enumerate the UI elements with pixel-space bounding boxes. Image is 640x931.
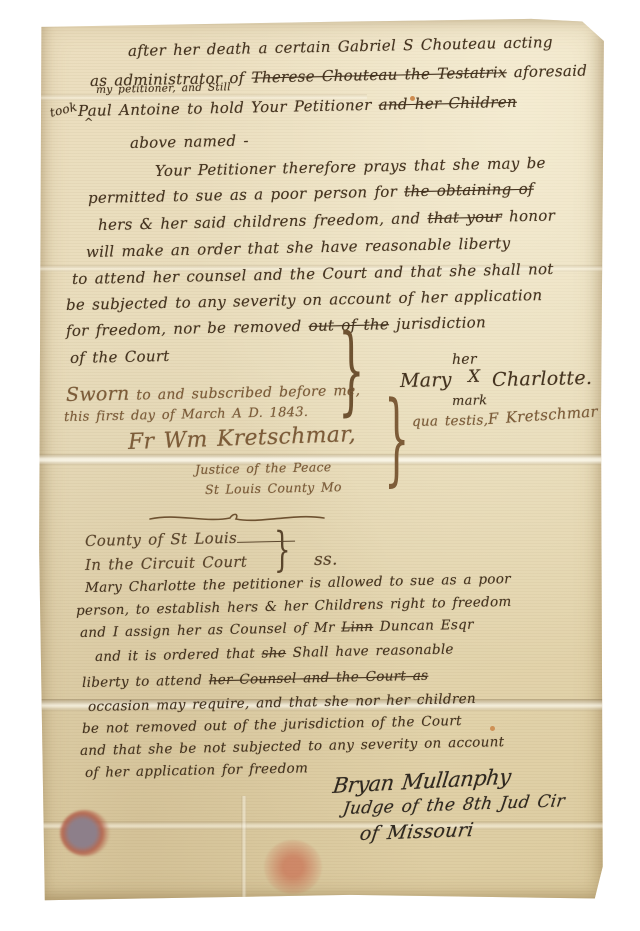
- underline-dash: [237, 529, 295, 543]
- manuscript-line: and it is ordered that she Shall have re…: [95, 641, 454, 665]
- margin-note: took: [48, 99, 78, 119]
- manuscript-line: as administrator of Therese Chouteau the…: [90, 62, 588, 90]
- court-name-line: In the Circuit Court: [85, 553, 247, 574]
- manuscript-line: of her application for freedom: [85, 760, 308, 781]
- manuscript-line: and I assign her as Counsel of Mr Linn D…: [80, 617, 474, 641]
- brace-mark: }: [338, 323, 365, 420]
- manuscript-line: be not removed out of the jurisdiction o…: [82, 713, 462, 737]
- signature-x-mark: X: [468, 367, 481, 387]
- foxing-speck: [490, 726, 495, 731]
- court-ss: ss.: [314, 550, 338, 570]
- signature-name-left: Mary: [400, 369, 452, 392]
- manuscript-line: to attend her counsel and the Court and …: [72, 260, 554, 288]
- manuscript-line: above named -: [130, 132, 249, 152]
- justice-signature: Fr Wm Kretschmar,: [128, 422, 357, 455]
- vertical-crease: [241, 796, 247, 902]
- manuscript-line: Your Petitioner therefore prays that she…: [155, 154, 546, 180]
- judge-title: of Missouri: [358, 819, 475, 845]
- manuscript-line: permitted to sue as a poor person for th…: [88, 180, 534, 207]
- manuscript-line: person, to establish hers & her Children…: [76, 594, 512, 619]
- manuscript-line: for freedom, nor be removed out of the j…: [66, 313, 486, 340]
- brace-jurat: }: [384, 390, 409, 490]
- manuscript-line: after her death a certain Gabriel S Chou…: [128, 33, 553, 60]
- signature-mark-word: mark: [452, 393, 488, 409]
- manuscript-line: occasion may require, and that she nor h…: [88, 691, 476, 715]
- manuscript-line: hers & her said childrens freedom, and t…: [98, 206, 555, 234]
- manuscript-line: Paul Antoine to hold Your Petitioner and…: [78, 93, 517, 120]
- jurat-line: Sworn to and subscribed before me,: [66, 378, 361, 406]
- wax-seal-stain: [60, 810, 110, 856]
- manuscript-line: be subjected to any severity on account …: [66, 286, 543, 314]
- manuscript-line: Mary Charlotte the petitioner is allowed…: [85, 571, 511, 596]
- scanned-document-page: took my petitioner, and Still ^ after he…: [0, 0, 640, 931]
- jurat-line: this first day of March A D. 1843.: [64, 405, 309, 425]
- flourish-divider: [148, 510, 328, 526]
- manuscript-line: liberty to attend her Counsel and the Co…: [82, 668, 429, 691]
- justice-title: Justice of the Peace: [195, 459, 332, 477]
- red-ink-stain: [264, 840, 322, 894]
- signature-her: her: [452, 351, 477, 368]
- manuscript-line: of the Court: [70, 347, 170, 367]
- justice-title: St Louis County Mo: [205, 479, 342, 497]
- witness-label: qua testis,: [412, 412, 489, 430]
- fold-crease: [38, 821, 605, 830]
- manuscript-line: and that she be not subjected to any sev…: [80, 734, 505, 759]
- signature-name-right: Charlotte.: [492, 367, 593, 391]
- court-county-line: County of St Louis: [85, 528, 295, 550]
- manuscript-paper: took my petitioner, and Still ^ after he…: [38, 18, 605, 902]
- manuscript-line: will make an order that she have reasona…: [86, 234, 511, 261]
- witness-signature: F Kretschmar: [487, 402, 598, 428]
